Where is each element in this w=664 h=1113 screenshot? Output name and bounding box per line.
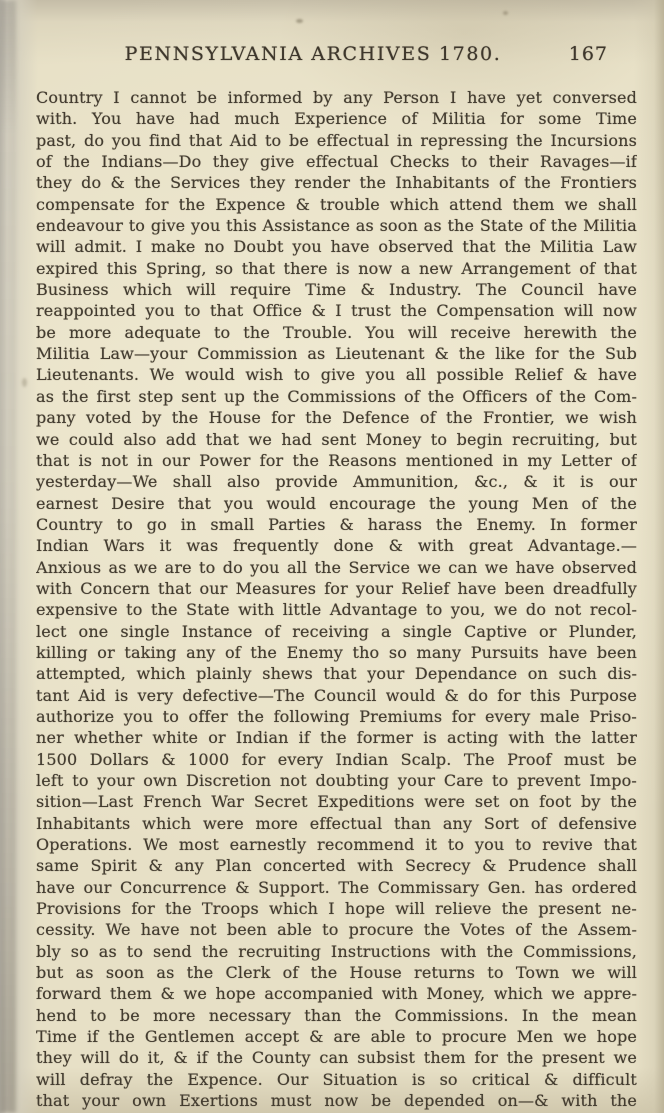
text-line: same Spirit & any Plan concerted with Se…: [36, 855, 637, 876]
text-line: with Concern that our Measures for your …: [36, 578, 637, 599]
page-number: 167: [569, 43, 608, 65]
text-line: expired this Spring, so that there is no…: [36, 258, 637, 279]
text-line: they do & the Services they render the I…: [36, 172, 637, 193]
text-line: expensive to the State with little Advan…: [36, 599, 637, 620]
text-line: tant Aid is very defective—The Council w…: [36, 685, 637, 706]
text-line: of the Indians—Do they give effectual Ch…: [36, 151, 637, 172]
text-line: pany voted by the House for the Defence …: [36, 407, 637, 428]
text-line: Country to go in small Parties & harass …: [36, 514, 637, 535]
text-line: Indian Wars it was frequently done & wit…: [36, 535, 637, 556]
text-line: past, do you find that Aid to be effectu…: [36, 130, 637, 151]
stain-mark: [503, 11, 508, 15]
text-line: but as soon as the Clerk of the House re…: [36, 962, 637, 983]
text-line: endeavour to give you this Assistance as…: [36, 215, 637, 236]
text-line: Militia Law—your Commission as Lieutenan…: [36, 343, 637, 364]
text-line: we could also add that we had sent Money…: [36, 429, 637, 450]
text-line: Time if the Gentlemen accept & are able …: [36, 1026, 637, 1047]
text-line: be more adequate to the Trouble. You wil…: [36, 322, 637, 343]
stain-mark: [22, 378, 27, 387]
text-line: forward them & we hope accompanied with …: [36, 983, 637, 1004]
text-line: that is not in our Power for the Reasons…: [36, 450, 637, 471]
text-line: hend to be more necessary than the Commi…: [36, 1005, 637, 1026]
text-line: sition—Last French War Secret Expedition…: [36, 791, 637, 812]
text-line: cessity. We have not been able to procur…: [36, 919, 637, 940]
text-line: compensate for the Expence & trouble whi…: [36, 194, 637, 215]
text-line: attempted, which plainly shews that your…: [36, 663, 637, 684]
text-line: ner whether white or Indian if the forme…: [36, 727, 637, 748]
text-line: 1500 Dollars & 1000 for every Indian Sca…: [36, 749, 637, 770]
text-line: Business which will require Time & Indus…: [36, 279, 637, 300]
text-line: bly so as to send the recruiting Instruc…: [36, 941, 637, 962]
text-line: as the first step sent up the Commission…: [36, 386, 637, 407]
text-line: lect one single Instance of receiving a …: [36, 621, 637, 642]
text-line: that your own Exertions must now be depe…: [36, 1090, 637, 1111]
text-line: Provisions for the Troops which I hope w…: [36, 898, 637, 919]
text-line: will defray the Expence. Our Situation i…: [36, 1069, 637, 1090]
text-line: authorize you to offer the following Pre…: [36, 706, 637, 727]
stain-mark: [296, 19, 303, 23]
text-line: Country I cannot be informed by any Pers…: [36, 87, 637, 108]
text-line: earnest Desire that you would encourage …: [36, 493, 637, 514]
text-line: have our Concurrence & Support. The Comm…: [36, 877, 637, 898]
text-line: killing or taking any of the Enemy tho s…: [36, 642, 637, 663]
text-line: yesterday—We shall also provide Ammuniti…: [36, 471, 637, 492]
text-line: Operations. We most earnestly recommend …: [36, 834, 637, 855]
book-page: PENNSYLVANIA ARCHIVES 1780. 167 Country …: [0, 0, 664, 1113]
text-line: they will do it, & if the County can sub…: [36, 1047, 637, 1068]
text-line: left to your own Discretion not doubting…: [36, 770, 637, 791]
page-header: PENNSYLVANIA ARCHIVES 1780. 167: [36, 43, 636, 67]
body-text: Country I cannot be informed by any Pers…: [36, 87, 637, 1112]
page-edge-shadow: [0, 0, 16, 1113]
text-line: with. You have had much Experience of Mi…: [36, 108, 637, 129]
text-line: will admit. I make no Doubt you have obs…: [36, 236, 637, 257]
text-line: Anxious as we are to do you all the Serv…: [36, 557, 637, 578]
text-line: Lieutenants. We would wish to give you a…: [36, 364, 637, 385]
text-line: reappointed you to that Office & I trust…: [36, 300, 637, 321]
running-title: PENNSYLVANIA ARCHIVES 1780.: [125, 43, 548, 65]
text-line: Inhabitants which were more effectual th…: [36, 813, 637, 834]
